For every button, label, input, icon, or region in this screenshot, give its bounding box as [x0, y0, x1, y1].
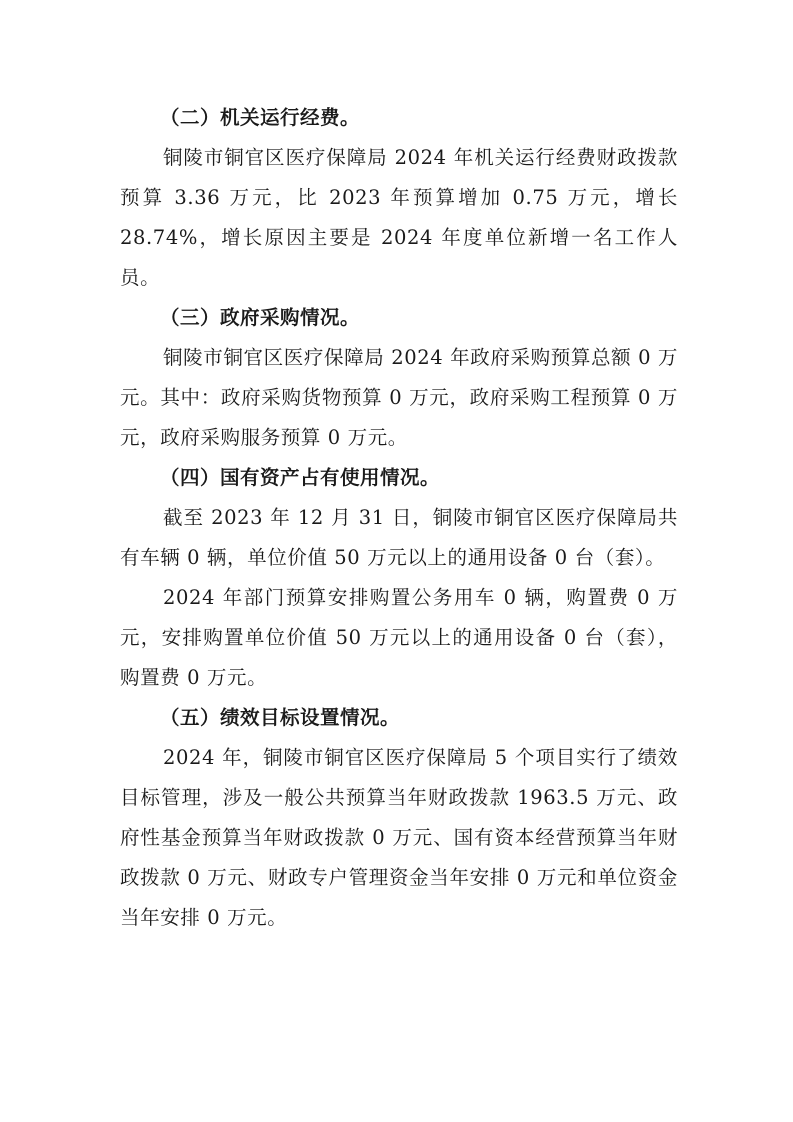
- section-heading: （四）国有资产占有使用情况。: [120, 458, 678, 498]
- section-performance-targets: （五）绩效目标设置情况。 2024 年，铜陵市铜官区医疗保障局 5 个项目实行了…: [120, 698, 678, 938]
- body-paragraph: 铜陵市铜官区医疗保障局 2024 年机关运行经费财政拨款预算 3.36 万元，比…: [120, 138, 678, 298]
- section-heading: （五）绩效目标设置情况。: [120, 698, 678, 738]
- section-heading: （三）政府采购情况。: [120, 298, 678, 338]
- section-state-assets: （四）国有资产占有使用情况。 截至 2023 年 12 月 31 日，铜陵市铜官…: [120, 458, 678, 698]
- body-paragraph: 2024 年部门预算安排购置公务用车 0 辆，购置费 0 万元，安排购置单位价值…: [120, 578, 678, 698]
- document-page: （二）机关运行经费。 铜陵市铜官区医疗保障局 2024 年机关运行经费财政拨款预…: [120, 98, 678, 938]
- body-paragraph: 铜陵市铜官区医疗保障局 2024 年政府采购预算总额 0 万元。其中：政府采购货…: [120, 338, 678, 458]
- body-paragraph: 2024 年，铜陵市铜官区医疗保障局 5 个项目实行了绩效目标管理，涉及一般公共…: [120, 738, 678, 938]
- section-operating-expenses: （二）机关运行经费。 铜陵市铜官区医疗保障局 2024 年机关运行经费财政拨款预…: [120, 98, 678, 298]
- body-paragraph: 截至 2023 年 12 月 31 日，铜陵市铜官区医疗保障局共有车辆 0 辆，…: [120, 498, 678, 578]
- section-government-procurement: （三）政府采购情况。 铜陵市铜官区医疗保障局 2024 年政府采购预算总额 0 …: [120, 298, 678, 458]
- section-heading: （二）机关运行经费。: [120, 98, 678, 138]
